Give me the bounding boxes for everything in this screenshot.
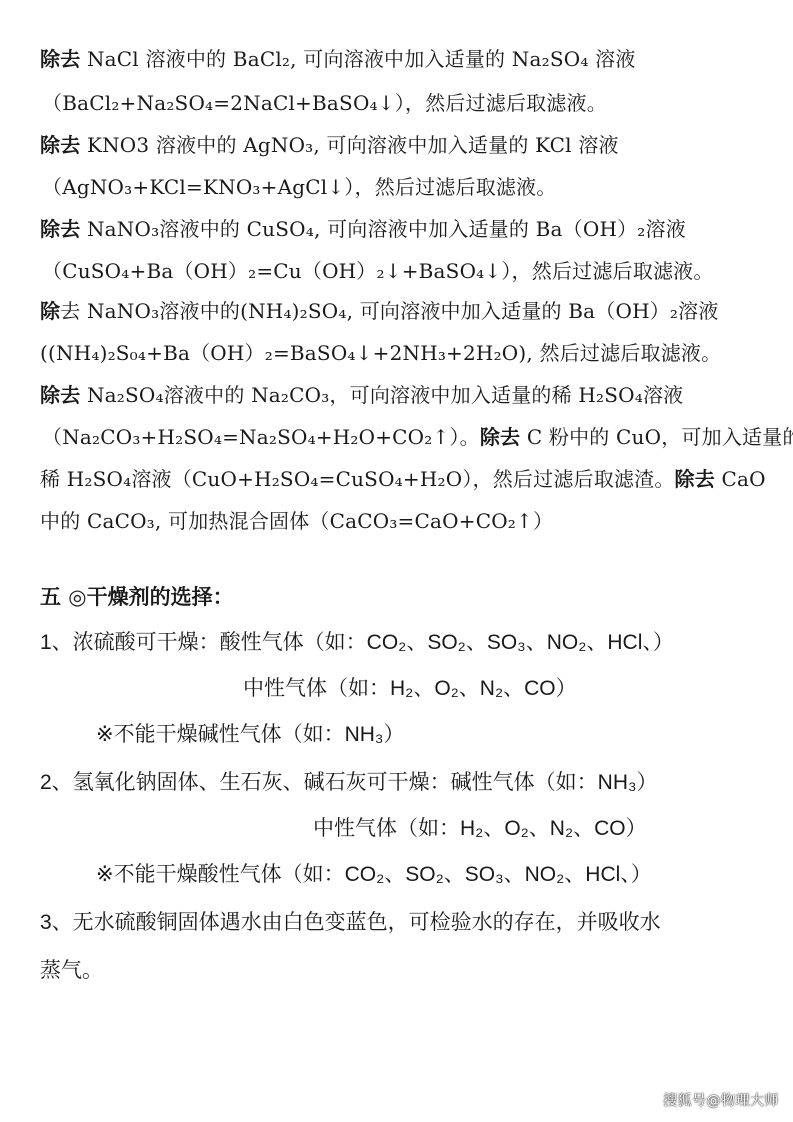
removal-lead: 除去 xyxy=(40,47,80,71)
removal-text: NaNO₃溶液中的 CuSO₄, 可向溶液中加入适量的 Ba（OH）₂溶液 xyxy=(80,217,686,241)
removal-item-5-line-1: 除去 Na₂SO₄溶液中的 Na₂CO₃，可向溶液中加入适量的稀 H₂SO₄溶液 xyxy=(40,380,755,410)
section-heading: 五 ◎干燥剂的选择： xyxy=(40,582,755,612)
drying-item-1-line-2: 中性气体（如：H₂、O₂、N₂、CO） xyxy=(243,674,755,704)
removal-lead: 除去 xyxy=(40,383,80,407)
removal-equation: ((NH₄)₂S₀₄+Ba（OH）₂=BaSO₄↓+2NH₃+2H₂O), 然后… xyxy=(40,341,721,365)
removal-equation: （BaCl₂+Na₂SO₄=2NaCl+BaSO₄↓），然后过滤后取滤液。 xyxy=(42,91,607,115)
removal-equation: （Na₂CO₃+H₂SO₄=Na₂SO₄+H₂O+CO₂↑）。 xyxy=(42,425,480,449)
drying-item-1-note: ※不能干燥碱性气体（如：NH₃） xyxy=(96,720,755,750)
removal-text: 稀 H₂SO₄溶液（CuO+H₂SO₄=CuSO₄+H₂O），然后过滤后取滤渣。 xyxy=(40,467,675,491)
removal-text: KNO3 溶液中的 AgNO₃, 可向溶液中加入适量的 KCl 溶液 xyxy=(80,133,618,157)
removal-item-5-line-4: 中的 CaCO₃, 可加热混合固体（CaCO₃=CaO+CO₂↑） xyxy=(40,506,755,536)
removal-lead: 除 xyxy=(40,299,60,323)
removal-equation: （AgNO₃+KCl=KNO₃+AgCl↓），然后过滤后取滤液。 xyxy=(42,175,557,199)
removal-item-1-line-2: （BaCl₂+Na₂SO₄=2NaCl+BaSO₄↓），然后过滤后取滤液。 xyxy=(42,88,755,118)
removal-lead: 除去 xyxy=(40,217,80,241)
removal-equation: （CuSO₄+Ba（OH）₂=Cu（OH）₂↓+BaSO₄↓），然后过滤后取滤液… xyxy=(42,259,714,283)
removal-item-4-line-2: ((NH₄)₂S₀₄+Ba（OH）₂=BaSO₄↓+2NH₃+2H₂O), 然后… xyxy=(40,338,755,368)
removal-lead: 除去 xyxy=(40,133,80,157)
removal-lead-rest: 去 xyxy=(60,299,80,323)
removal-item-3-line-2: （CuSO₄+Ba（OH）₂=Cu（OH）₂↓+BaSO₄↓），然后过滤后取滤液… xyxy=(42,256,755,286)
removal-text: NaNO₃溶液中的(NH₄)₂SO₄, 可向溶液中加入适量的 Ba（OH）₂溶液 xyxy=(80,299,718,323)
watermark: 搜狐号@物理大师 xyxy=(663,1090,779,1110)
drying-item-3-line-2: 蒸气。 xyxy=(40,956,755,986)
removal-item-4-line-1: 除去 NaNO₃溶液中的(NH₄)₂SO₄, 可向溶液中加入适量的 Ba（OH）… xyxy=(40,296,755,326)
removal-item-2-line-2: （AgNO₃+KCl=KNO₃+AgCl↓），然后过滤后取滤液。 xyxy=(42,172,755,202)
drying-item-2-note: ※不能干燥酸性气体（如：CO₂、SO₂、SO₃、NO₂、HCl、） xyxy=(96,860,755,890)
removal-text: NaCl 溶液中的 BaCl₂, 可向溶液中加入适量的 Na₂SO₄ 溶液 xyxy=(80,47,635,71)
drying-item-1-line-1: 1、浓硫酸可干燥：酸性气体（如：CO₂、SO₂、SO₃、NO₂、HCl、） xyxy=(40,628,755,658)
drying-item-3-line-1: 3、无水硫酸铜固体遇水由白色变蓝色，可检验水的存在，并吸收水 xyxy=(40,908,755,938)
removal-item-5-line-3: 稀 H₂SO₄溶液（CuO+H₂SO₄=CuSO₄+H₂O），然后过滤后取滤渣。… xyxy=(40,464,755,494)
removal-lead: 除去 xyxy=(480,425,520,449)
removal-item-5-line-2: （Na₂CO₃+H₂SO₄=Na₂SO₄+H₂O+CO₂↑）。除去 C 粉中的 … xyxy=(42,422,755,452)
drying-item-2-line-2: 中性气体（如：H₂、O₂、N₂、CO） xyxy=(313,814,755,844)
removal-item-2-line-1: 除去 KNO3 溶液中的 AgNO₃, 可向溶液中加入适量的 KCl 溶液 xyxy=(40,130,755,160)
removal-item-3-line-1: 除去 NaNO₃溶液中的 CuSO₄, 可向溶液中加入适量的 Ba（OH）₂溶液 xyxy=(40,214,755,244)
removal-text: C 粉中的 CuO，可加入适量的 xyxy=(520,425,793,449)
document-page: 除去 NaCl 溶液中的 BaCl₂, 可向溶液中加入适量的 Na₂SO₄ 溶液… xyxy=(0,0,793,1122)
drying-item-2-line-1: 2、氢氧化钠固体、生石灰、碱石灰可干燥：碱性气体（如：NH₃） xyxy=(40,768,755,798)
removal-item-1-line-1: 除去 NaCl 溶液中的 BaCl₂, 可向溶液中加入适量的 Na₂SO₄ 溶液 xyxy=(40,44,755,74)
removal-text: 中的 CaCO₃, 可加热混合固体（CaCO₃=CaO+CO₂↑） xyxy=(40,509,553,533)
removal-text: CaO xyxy=(715,467,766,491)
removal-lead: 除去 xyxy=(675,467,715,491)
removal-text: Na₂SO₄溶液中的 Na₂CO₃，可向溶液中加入适量的稀 H₂SO₄溶液 xyxy=(80,383,683,407)
